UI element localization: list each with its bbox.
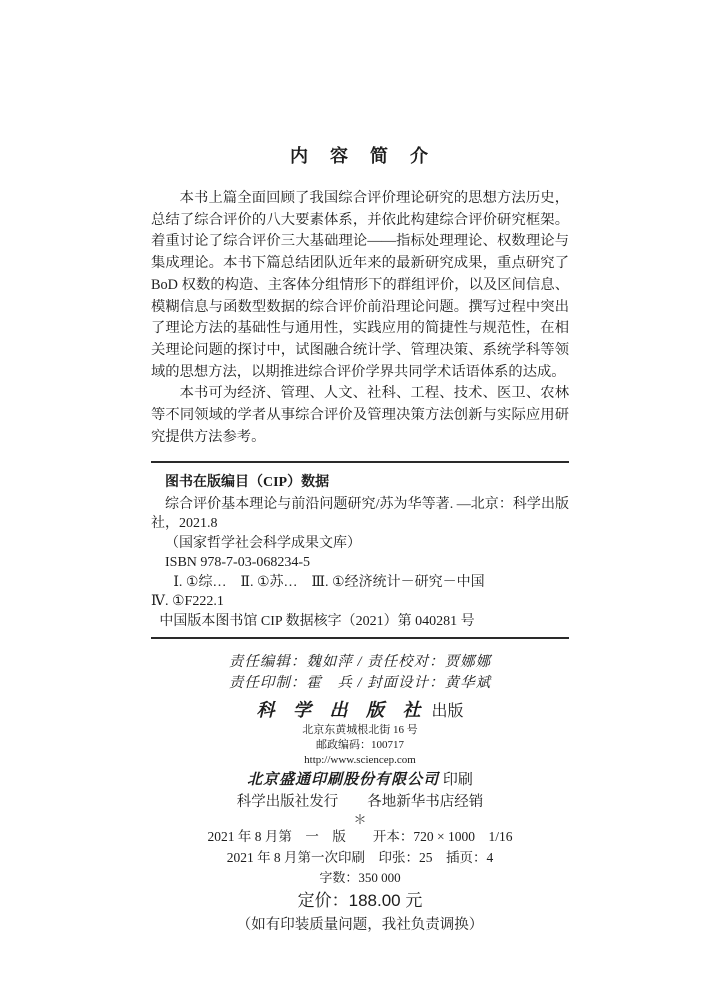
content-summary: 本书上篇全面回顾了我国综合评价理论研究的思想方法历史，总结了综合评价的八大要素体… [151,188,569,448]
cip-series: （国家哲学社会科学成果文库） [151,534,569,554]
printer-logotype: 北京盛通印刷股份有限公司 [247,772,439,788]
impression-info: 2021 年 8 月第一次印刷 印张：25 插页：4 [151,848,569,869]
colophon: 责任编辑：魏如萍 / 责任校对：贾娜娜 责任印制：霍 兵 / 封面设计：黄华斌 … [151,652,569,935]
separator-asterisk: ＊ [151,813,569,827]
page-title: 内 容 简 介 [151,0,569,168]
summary-paragraph-2: 本书可为经济、管理、人文、社科、工程、技术、医卫、农林等不同领域的学者从事综合评… [151,383,569,448]
cip-heading: 图书在版编目（CIP）数据 [151,473,569,493]
quality-notice: （如有印装质量问题，我社负责调换） [151,915,569,935]
content-column: 内 容 简 介 本书上篇全面回顾了我国综合评价理论研究的思想方法历史，总结了综合… [151,0,569,935]
publisher-suffix: 出版 [427,703,463,720]
printer-line: 北京盛通印刷股份有限公司 印刷 [151,771,569,790]
publisher-address: 北京东黄城根北街 16 号 [151,723,569,738]
print-and-cover-design: 责任印制：霍 兵 / 封面设计：黄华斌 [151,673,569,694]
cip-data-block: 图书在版编目（CIP）数据 综合评价基本理论与前沿问题研究/苏为华等著. —北京… [151,461,569,639]
printer-suffix: 印刷 [439,772,473,788]
publisher-line: 科 学 出 版 社 出版 [151,699,569,723]
cip-record-number: 中国版本图书馆 CIP 数据核字（2021）第 040281 号 [151,612,569,632]
cip-classification-2: Ⅳ. ①F222.1 [151,592,569,612]
publisher-postcode: 邮政编码：100717 [151,738,569,753]
cip-isbn: ISBN 978-7-03-068234-5 [151,553,569,573]
edition-info: 2021 年 8 月第 一 版 开本：720 × 1000 1/16 [151,827,569,848]
cip-classification-1: Ⅰ. ①综… Ⅱ. ①苏… Ⅲ. ①经济统计－研究－中国 [151,573,569,593]
publisher-logotype: 科 学 出 版 社 [256,700,427,720]
price: 定价：188.00 元 [151,890,569,912]
word-count: 字数：350 000 [151,868,569,887]
cip-description: 综合评价基本理论与前沿问题研究/苏为华等著. —北京：科学出版社，2021.8 [151,495,569,534]
responsible-editors: 责任编辑：魏如萍 / 责任校对：贾娜娜 [151,652,569,673]
publisher-website: http://www.sciencep.com [151,753,569,768]
summary-paragraph-1: 本书上篇全面回顾了我国综合评价理论研究的思想方法历史，总结了综合评价的八大要素体… [151,188,569,383]
distribution-line: 科学出版社发行 各地新华书店经销 [151,793,569,812]
book-copyright-page: 内 容 简 介 本书上篇全面回顾了我国综合评价理论研究的思想方法历史，总结了综合… [0,0,720,1000]
